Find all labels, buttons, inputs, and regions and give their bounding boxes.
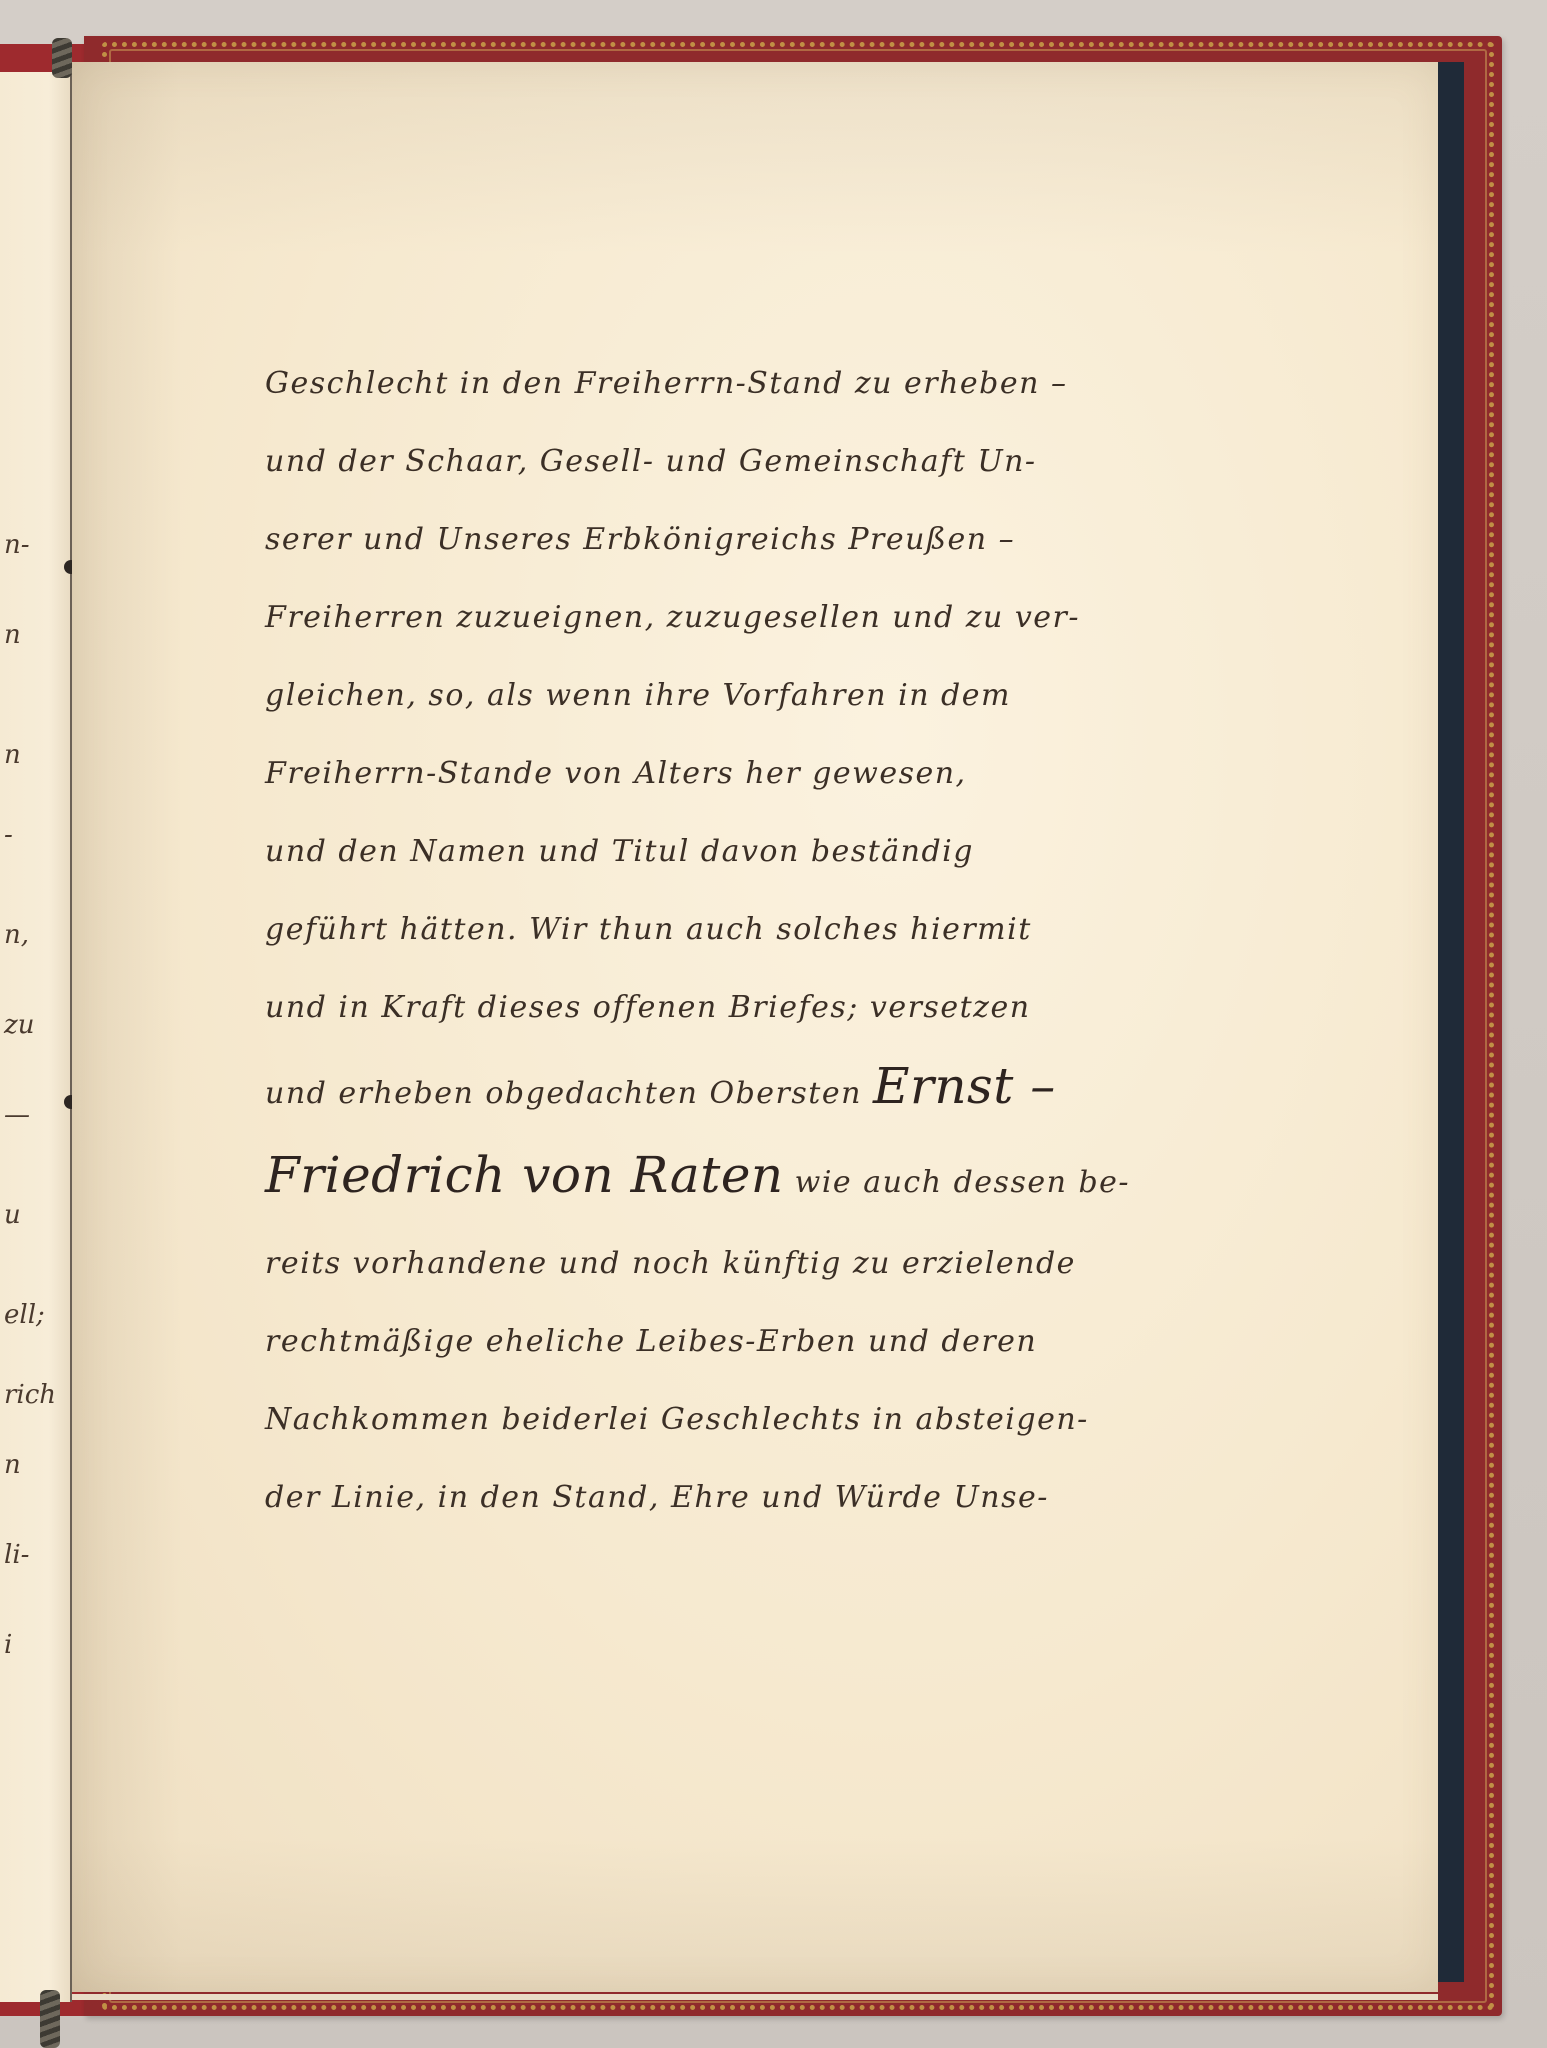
left-page-fragment: n bbox=[4, 740, 21, 770]
text-line: gleichen, so, als wenn ihre Vorfahren in… bbox=[265, 657, 1425, 735]
name-highlight: Friedrich von Raten bbox=[265, 1146, 784, 1204]
name-first: Ernst – bbox=[873, 1057, 1056, 1115]
book-spread: n- n n - n, zu — u ell; rich n li- i Ges… bbox=[0, 0, 1547, 2048]
text-line: rechtmäßige eheliche Leibes-Erben und de… bbox=[265, 1303, 1425, 1381]
binding-cord-bottom bbox=[40, 1990, 60, 2048]
text-line: reits vorhandene und noch künftig zu erz… bbox=[265, 1225, 1425, 1303]
text-line-rest: wie auch dessen be- bbox=[795, 1165, 1130, 1200]
text-line-start: und erheben obgedachten Obersten bbox=[265, 1076, 862, 1111]
text-line-name: Friedrich von Raten wie auch dessen be- bbox=[265, 1125, 1425, 1225]
text-line: und der Schaar, Gesell- und Gemeinschaft… bbox=[265, 423, 1425, 501]
text-line: und den Namen und Titul davon beständig bbox=[265, 813, 1425, 891]
text-line: serer und Unseres Erbkönigreichs Preußen… bbox=[265, 501, 1425, 579]
left-page-fragment: zu bbox=[4, 1010, 34, 1040]
text-line: und in Kraft dieses offenen Briefes; ver… bbox=[265, 969, 1425, 1047]
text-line: und erheben obgedachten Obersten Ernst – bbox=[265, 1047, 1425, 1125]
left-page-fragment: — bbox=[4, 1100, 30, 1130]
left-page-fragment: - bbox=[4, 820, 13, 850]
text-line: Geschlecht in den Freiherrn-Stand zu erh… bbox=[265, 345, 1425, 423]
text-line: Freiherren zuzueignen, zuzugesellen und … bbox=[265, 579, 1425, 657]
manuscript-text: Geschlecht in den Freiherrn-Stand zu erh… bbox=[265, 345, 1425, 1537]
text-line: der Linie, in den Stand, Ehre und Würde … bbox=[265, 1459, 1425, 1537]
left-page-fragment: rich bbox=[4, 1380, 56, 1410]
page-bottom-edge bbox=[72, 1994, 1438, 2000]
left-page-fragment: li- bbox=[4, 1540, 29, 1570]
text-line: geführt hätten. Wir thun auch solches hi… bbox=[265, 891, 1425, 969]
text-line: Freiherrn-Stande von Alters her gewesen, bbox=[265, 735, 1425, 813]
left-page-fragment: u bbox=[4, 1200, 21, 1230]
left-page-fragment: n- bbox=[4, 530, 30, 560]
left-facing-page: n- n n - n, zu — u ell; rich n li- i bbox=[0, 72, 72, 2002]
left-page-fragment: i bbox=[4, 1630, 12, 1660]
binding-cord-top bbox=[52, 38, 72, 78]
left-page-fragment: n, bbox=[4, 920, 29, 950]
left-page-fragment: ell; bbox=[4, 1300, 45, 1330]
text-line: Nachkommen beiderlei Geschlechts in abst… bbox=[265, 1381, 1425, 1459]
left-page-fragment: n bbox=[4, 1450, 21, 1480]
left-page-fragment: n bbox=[4, 620, 21, 650]
